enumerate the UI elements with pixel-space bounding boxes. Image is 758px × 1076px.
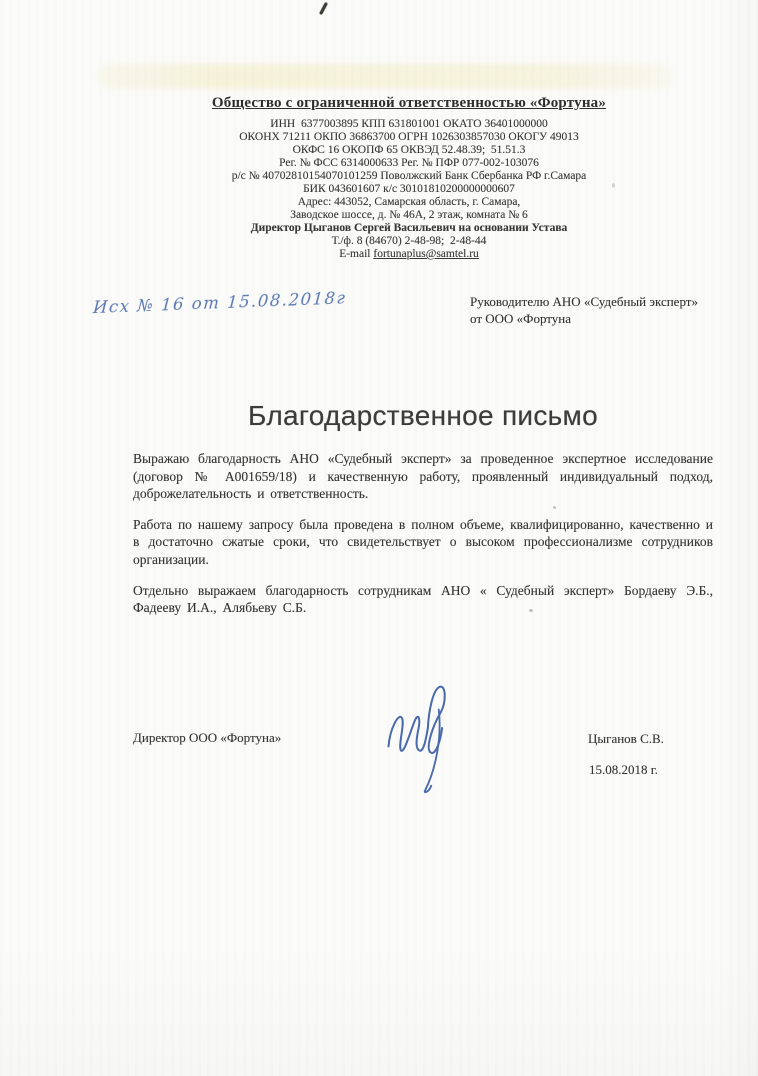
signatory-name: Цыганов С.В.	[588, 731, 664, 747]
letterhead: Общество с ограниченной ответственностью…	[79, 95, 739, 261]
scanned-letter-page: Общество с ограниченной ответственностью…	[0, 0, 758, 1076]
letter-body: Выражаю благодарность АНО «Судебный эксп…	[133, 450, 713, 630]
letterhead-line-okonh: ОКОНХ 71211 ОКПО 36863700 ОГРН 102630385…	[79, 131, 739, 144]
letterhead-line-reg: Рег. № ФСС 6314000633 Рег. № ПФР 077-002…	[79, 157, 739, 170]
letter-title: Благодарственное письмо	[133, 400, 713, 432]
letterhead-line-inn: ИНН 6377003895 КПП 631801001 ОКАТО 36401…	[79, 118, 739, 131]
letterhead-line-director: Директор Цыганов Сергей Васильевич на ос…	[79, 222, 739, 235]
letterhead-line-address2: Заводское шоссе, д. № 46А, 2 этаж, комна…	[79, 209, 739, 222]
letterhead-line-email: E-mail fortunaplus@samtel.ru	[79, 248, 739, 261]
signatory-role: Директор ООО «Фортуна»	[133, 730, 281, 746]
paragraph-work-quality: Работа по нашему запросу была проведена …	[133, 516, 713, 569]
paragraph-gratitude: Выражаю благодарность АНО «Судебный эксп…	[133, 450, 713, 503]
letter-date: 15.08.2018 г.	[589, 762, 658, 778]
paragraph-staff-thanks: Отдельно выражаем благодарность сотрудни…	[133, 582, 713, 617]
signature-scribble	[380, 676, 464, 800]
email-link: fortunaplus@samtel.ru	[373, 248, 478, 260]
company-name: Общество с ограниченной ответственностью…	[79, 95, 739, 112]
email-label: E-mail	[339, 248, 373, 260]
letterhead-line-phone: Т./ф. 8 (84670) 2-48-98; 2-48-44	[79, 235, 739, 248]
letterhead-line-okfs: ОКФС 16 ОКОПФ 65 ОКВЭД 52.48.39; 51.51.3	[79, 144, 739, 157]
scan-highlight-smudge	[98, 64, 673, 89]
letterhead-line-account: р/с № 40702810154070101259 Поволжский Ба…	[79, 170, 739, 183]
recipient-line: Руководителю АНО «Судебный эксперт»	[470, 293, 720, 310]
letterhead-line-bik: БИК 043601607 к/с 30101810200000000607	[79, 183, 739, 196]
handwritten-outgoing-number: Исх № 16 от 15.08.2018г	[92, 288, 363, 317]
sender-line: от ООО «Фортуна	[470, 310, 720, 327]
scan-pen-mark	[319, 2, 328, 15]
letterhead-line-address1: Адрес: 443052, Самарская область, г. Сам…	[79, 196, 739, 209]
recipient-block: Руководителю АНО «Судебный эксперт» от О…	[470, 293, 720, 327]
